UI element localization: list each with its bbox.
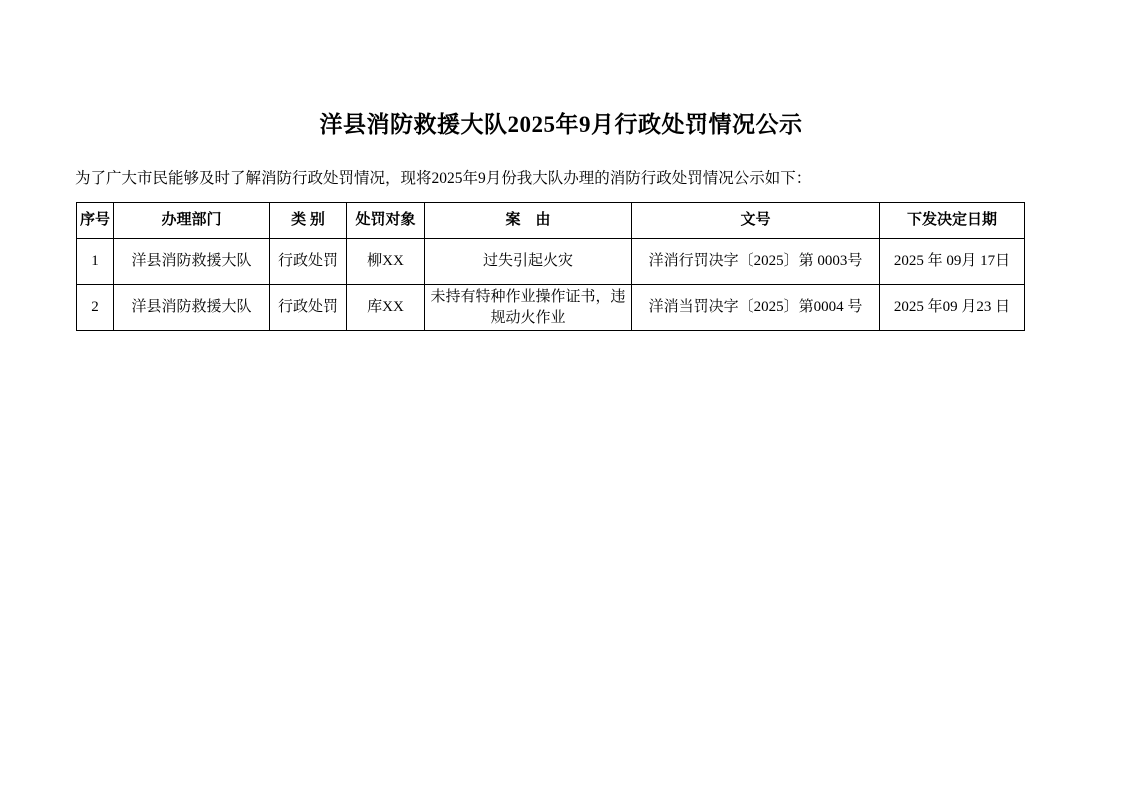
table-cell: 行政处罚 <box>270 285 347 331</box>
table-cell: 库XX <box>347 285 425 331</box>
table-header-cell: 案 由 <box>425 203 632 239</box>
table-header-row: 序号办理部门类 别处罚对象案 由文号下发决定日期 <box>77 203 1025 239</box>
intro-paragraph: 为了广大市民能够及时了解消防行政处罚情况，现将2025年9月份我大队办理的消防行… <box>75 169 811 189</box>
table-cell: 洋县消防救援大队 <box>114 239 270 285</box>
document-page: 洋县消防救援大队2025年9月行政处罚情况公示 为了广大市民能够及时了解消防行政… <box>0 0 1122 793</box>
table-cell: 2 <box>77 285 114 331</box>
table-cell: 2025 年09 月23 日 <box>880 285 1025 331</box>
table-header-cell: 文号 <box>632 203 880 239</box>
table-header-cell: 处罚对象 <box>347 203 425 239</box>
page-title: 洋县消防救援大队2025年9月行政处罚情况公示 <box>0 106 1122 139</box>
table-body: 1洋县消防救援大队行政处罚柳XX过失引起火灾洋消行罚决字〔2025〕第 0003… <box>77 239 1025 331</box>
table-cell: 1 <box>77 239 114 285</box>
table-cell: 洋县消防救援大队 <box>114 285 270 331</box>
table-header-cell: 序号 <box>77 203 114 239</box>
table-header-cell: 类 别 <box>270 203 347 239</box>
penalty-table: 序号办理部门类 别处罚对象案 由文号下发决定日期 1洋县消防救援大队行政处罚柳X… <box>76 202 1025 331</box>
table-cell: 洋消当罚决字〔2025〕第0004 号 <box>632 285 880 331</box>
table-cell: 未持有特种作业操作证书，违规动火作业 <box>425 285 632 331</box>
table-header-cell: 办理部门 <box>114 203 270 239</box>
table-cell: 行政处罚 <box>270 239 347 285</box>
table-row: 1洋县消防救援大队行政处罚柳XX过失引起火灾洋消行罚决字〔2025〕第 0003… <box>77 239 1025 285</box>
table-row: 2洋县消防救援大队行政处罚库XX未持有特种作业操作证书，违规动火作业洋消当罚决字… <box>77 285 1025 331</box>
table-cell: 洋消行罚决字〔2025〕第 0003号 <box>632 239 880 285</box>
table-cell: 2025 年 09月 17日 <box>880 239 1025 285</box>
table-cell: 柳XX <box>347 239 425 285</box>
table-cell: 过失引起火灾 <box>425 239 632 285</box>
table-header-cell: 下发决定日期 <box>880 203 1025 239</box>
